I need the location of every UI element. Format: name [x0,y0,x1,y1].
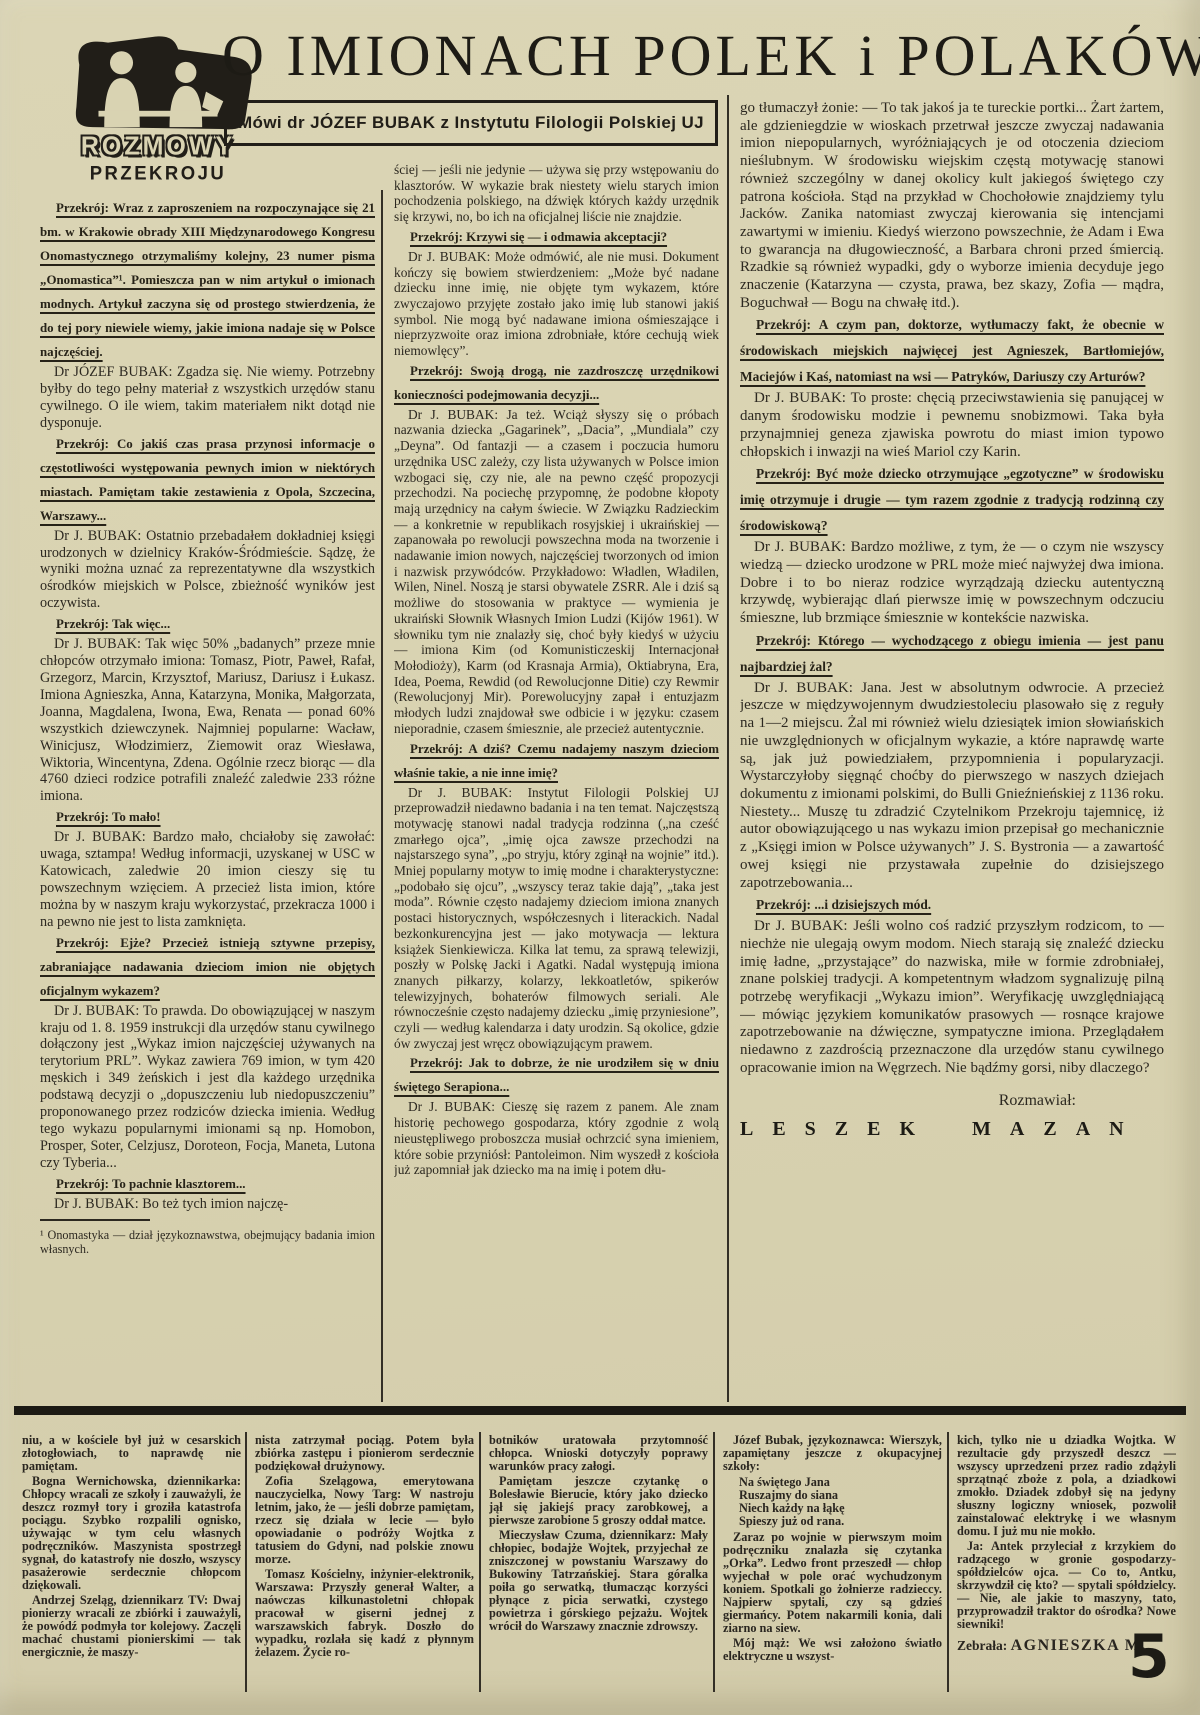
paragraph-para: Józef Bubak, językoznawca: Wierszyk, zap… [723,1434,942,1473]
subtitle-text: Mówi dr JÓZEF BUBAK z Instytutu Filologi… [238,113,704,133]
paragraph-a: Dr J. BUBAK: To proste: chęcią przeciwst… [740,390,1164,461]
paragraph-q: Przekrój: Co jakiś czas prasa przynosi i… [40,432,375,528]
paragraph-verse: Na świętego JanaRuszajmy do sianaNiech k… [723,1476,942,1528]
paragraph-q: Przekrój: Tak więc... [40,612,375,636]
paragraph-para: Mój mąż: We wsi założono światło elektry… [723,1637,942,1663]
speaker-lead: Zofia Szelągowa, emerytowana nauczycielk… [255,1474,474,1501]
paragraph-para: Ja: Antek przyleciał z krzykiem do radzą… [957,1540,1176,1631]
paragraph-a: Dr J. BUBAK: Ostatnio przebadałem dokład… [40,528,375,613]
speaker-lead: Tomasz Kościelny, inżynier-elektronik, W… [255,1567,474,1594]
paragraph-para: Tomasz Kościelny, inżynier-elektronik, W… [255,1568,474,1659]
paragraph-a: Dr J. BUBAK: Jana. Jest w absolutnym odw… [740,680,1164,892]
speaker-lead: Józef Bubak, językoznawca: [733,1434,889,1447]
paragraph-a: Dr J. BUBAK: Może odmówić, ale nie musi.… [394,249,719,359]
paragraph-q: Przekrój: A dziś? Czemu nadajemy naszym … [394,737,719,785]
paragraph-q: Przekrój: Swoją drogą, nie zazdroszczę u… [394,359,719,407]
paragraph-a: Dr J. BUBAK: Instytut Filologii Polskiej… [394,785,719,1052]
paragraph-q: Przekrój: ...i dzisiejszych mód. [740,892,1164,918]
paragraph-q: Przekrój: Ejże? Przecież istnieją sztywn… [40,931,375,1003]
paragraph-q: Przekrój: To mało! [40,805,375,829]
paragraph-cont: go tłumaczył żonie: — To tak jakoś ja te… [740,100,1164,312]
paragraph-para: Bogna Wernichowska, dziennikarka: Chłopc… [22,1475,241,1592]
logo-text-przekroju: PRZEKROJU [56,161,260,184]
speaker-lead: Mieczysław Czuma, dziennikarz: [499,1528,681,1542]
article-column-3: go tłumaczył żonie: — To tak jakoś ja te… [740,100,1164,1402]
byline-name: AGNIESZKA M. [1011,1637,1147,1654]
paragraph-a: Dr J. BUBAK: Bo też tych imion najczę- [40,1196,375,1213]
letters-divider-4 [947,1432,949,1692]
paragraph-q: Przekrój: To pachnie klasztorem... [40,1172,375,1196]
paragraph-para: Pamiętam jeszcze czytankę o Bolesławie B… [489,1475,708,1527]
paragraph-q: Przekrój: A czym pan, doktorze, wytłumac… [740,312,1164,390]
paragraph-q: Przekrój: Jak to dobrze, że nie urodziłe… [394,1051,719,1099]
newspaper-page: ROZMOWY PRZEKROJU O IMIONACH POLEK i POL… [0,0,1200,1715]
column-divider-1 [381,190,383,1402]
paragraph-sig: Rozmawiał: [740,1092,1164,1110]
paragraph-cont: niu, a w kościele był już w cesarskich z… [22,1434,241,1473]
paragraph-q: Przekrój: Krzywi się — i odmawia akcepta… [394,225,719,249]
paragraph-para: Andrzej Szeląg, dziennikarz TV: Dwaj pio… [22,1594,241,1659]
letters-column-2: nista zatrzymał pociąg. Potem była zbiór… [255,1434,474,1694]
paragraph-cont: ściej — jeśli nie jedynie — używa się pr… [394,162,719,225]
paragraph-q: Przekrój: Być może dziecko otrzymujące „… [740,461,1164,539]
article-column-2: ściej — jeśli nie jedynie — używa się pr… [394,162,719,1400]
letters-divider-1 [245,1432,247,1692]
speaker-lead: Bogna Wernichowska, dziennikarka: [32,1474,241,1488]
paragraph-a: Dr J. BUBAK: Ja też. Wciąż słyszy się o … [394,407,719,737]
letters-divider-3 [713,1432,715,1692]
paragraph-a: Dr J. BUBAK: Jeśli wolno coś radzić przy… [740,918,1164,1077]
article-column-1: Przekrój: Wraz z zaproszeniem na rozpocz… [40,196,375,1400]
paragraph-cont: botników uratowała przytomność chłopca. … [489,1434,708,1473]
letters-divider-2 [479,1432,481,1692]
letters-column-1: niu, a w kościele był już w cesarskich z… [22,1434,241,1694]
section-divider-bar [14,1406,1186,1415]
paragraph-a: Dr JÓZEF BUBAK: Zgadza się. Nie wiemy. P… [40,364,375,432]
paragraph-a: Dr J. BUBAK: To prawda. Do obowiązującej… [40,1003,375,1172]
subtitle-box: Mówi dr JÓZEF BUBAK z Instytutu Filologi… [224,100,718,146]
letters-column-3: botników uratowała przytomność chłopca. … [489,1434,708,1694]
paragraph-cont: kich, tylko nie u dziadka Wojtka. W rezu… [957,1434,1176,1538]
letters-column-4: Józef Bubak, językoznawca: Wierszyk, zap… [723,1434,942,1694]
paragraph-q: Przekrój: Wraz z zaproszeniem na rozpocz… [40,196,375,364]
speaker-lead: Ja: [967,1539,991,1553]
paragraph-a: Dr J. BUBAK: Bardzo mało, chciałoby się … [40,829,375,930]
paragraph-para: Mieczysław Czuma, dziennikarz: Mały chło… [489,1529,708,1633]
column-divider-2 [727,95,729,1402]
speaker-lead: Mój mąż: [733,1636,798,1650]
page-title: O IMIONACH POLEK i POLAKÓW [222,22,1200,89]
verse-line: Spieszy już od rana. [739,1515,942,1528]
paragraph-cont: nista zatrzymał pociąg. Potem była zbiór… [255,1434,474,1473]
paragraph-a: Dr J. BUBAK: Cieszę się razem z panem. A… [394,1099,719,1178]
paragraph-name: LESZEK MAZAN [740,1121,1164,1139]
paragraph-para: Zofia Szelągowa, emerytowana nauczycielk… [255,1475,474,1566]
paragraph-a: Dr J. BUBAK: Tak więc 50% „badanych” prz… [40,636,375,805]
paragraph-q: Przekrój: Którego — wychodzącego z obieg… [740,628,1164,680]
speaker-lead: Andrzej Szeląg, dziennikarz TV: [32,1593,213,1607]
paragraph-a: Dr J. BUBAK: Bardzo możliwe, z tym, że —… [740,539,1164,628]
paragraph-fn: ¹ Onomastyka — dział językoznawstwa, obe… [40,1213,375,1256]
page-number: 5 [1128,1622,1170,1692]
paragraph-para: Zaraz po wojnie w pierwszym moim podręcz… [723,1531,942,1635]
